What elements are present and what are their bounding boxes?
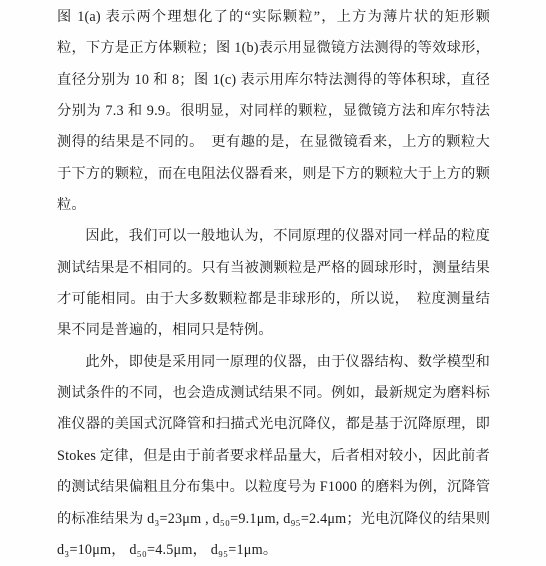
text-line: 此外，即使是采用同一原理的仪器，由于仪器结构、数学模型和 — [57, 347, 490, 378]
text-line: 才可能相同。由于大多数颗粒都是非球形的，所以说， 粒度测量结 — [57, 284, 490, 315]
text-line: 测试条件的不同，也会造成测试结果不同。例如，最新规定为磨料标 — [57, 378, 490, 409]
text-line: 果不同是普遍的，相同只是特例。 — [57, 315, 490, 346]
text-line: 测得的结果是不同的。 更有趣的是，在显微镜看来，上方的颗粒大 — [57, 127, 490, 158]
text-line: 的测试结果偏粗且分布集中。以粒度号为 F1000 的磨料为例，沉降管 — [57, 472, 490, 503]
text-line: 的标准结果为 d₃=23μm , d₅₀=9.1μm, d₉₅=2.4μm；光电… — [57, 504, 490, 535]
text-line: 直径分别为 10 和 8；图 1(c) 表示用库尔特法测得的等体积球，直径 — [57, 65, 490, 96]
text-line: 粒，下方是正方体颗粒；图 1(b)表示用显微镜方法测得的等效球形， — [57, 33, 490, 64]
text-line: d₃=10μm， d₅₀=4.5μm， d₉₅=1μm。 — [57, 535, 490, 566]
text-line: 于下方的颗粒，而在电阻法仪器看来，则是下方的颗粒大于上方的颗 — [57, 159, 490, 190]
document-page: 图 1(a) 表示两个理想化了的“实际颗粒”，上方为薄片状的矩形颗粒，下方是正方… — [0, 0, 546, 566]
text-line: Stokes 定律，但是由于前者要求样品量大，后者相对较小，因此前者 — [57, 441, 490, 472]
text-block: 图 1(a) 表示两个理想化了的“实际颗粒”，上方为薄片状的矩形颗粒，下方是正方… — [57, 2, 490, 566]
text-line: 粒。 — [57, 190, 490, 221]
text-line: 因此，我们可以一般地认为，不同原理的仪器对同一样品的粒度 — [57, 221, 490, 252]
text-line: 准仪器的美国式沉降管和扫描式光电沉降仪，都是基于沉降原理，即 — [57, 409, 490, 440]
text-line: 测试结果是不相同的。只有当被测颗粒是严格的圆球形时，测量结果 — [57, 253, 490, 284]
text-line: 分别为 7.3 和 9.9。很明显，对同样的颗粒，显微镜方法和库尔特法 — [57, 96, 490, 127]
text-line: 图 1(a) 表示两个理想化了的“实际颗粒”，上方为薄片状的矩形颗 — [57, 2, 490, 33]
